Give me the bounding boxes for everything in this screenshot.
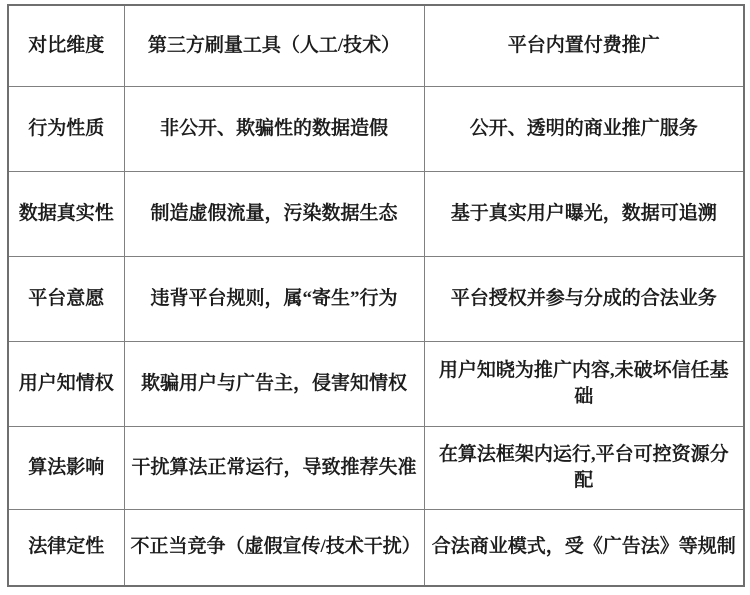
dimension-cell: 法律定性: [8, 509, 124, 586]
platform-cell: 公开、透明的商业推广服务: [424, 86, 744, 171]
third-party-cell: 制造虚假流量，污染数据生态: [124, 171, 424, 256]
third-party-cell: 干扰算法正常运行，导致推荐失准: [124, 426, 424, 509]
platform-cell: 基于真实用户曝光，数据可追溯: [424, 171, 744, 256]
dimension-cell: 算法影响: [8, 426, 124, 509]
dimension-cell: 行为性质: [8, 86, 124, 171]
table-row: 法律定性 不正当竞争（虚假宣传/技术干扰） 合法商业模式，受《广告法》等规制: [8, 509, 744, 586]
table-row: 算法影响 干扰算法正常运行，导致推荐失准 在算法框架内运行,平台可控资源分配: [8, 426, 744, 509]
platform-cell: 在算法框架内运行,平台可控资源分配: [424, 426, 744, 509]
third-party-cell: 欺骗用户与广告主，侵害知情权: [124, 341, 424, 426]
platform-cell: 平台授权并参与分成的合法业务: [424, 256, 744, 341]
header-row: 对比维度 第三方刷量工具（人工/技术） 平台内置付费推广: [8, 5, 744, 86]
dimension-cell: 平台意愿: [8, 256, 124, 341]
table-row: 行为性质 非公开、欺骗性的数据造假 公开、透明的商业推广服务: [8, 86, 744, 171]
document-page: 对比维度 第三方刷量工具（人工/技术） 平台内置付费推广 行为性质 非公开、欺骗…: [0, 0, 750, 595]
comparison-table: 对比维度 第三方刷量工具（人工/技术） 平台内置付费推广 行为性质 非公开、欺骗…: [7, 4, 745, 587]
third-party-cell: 违背平台规则，属“寄生”行为: [124, 256, 424, 341]
platform-cell: 合法商业模式，受《广告法》等规制: [424, 509, 744, 586]
table-row: 平台意愿 违背平台规则，属“寄生”行为 平台授权并参与分成的合法业务: [8, 256, 744, 341]
dimension-cell: 数据真实性: [8, 171, 124, 256]
table-row: 数据真实性 制造虚假流量，污染数据生态 基于真实用户曝光，数据可追溯: [8, 171, 744, 256]
dimension-cell: 用户知情权: [8, 341, 124, 426]
table-row: 用户知情权 欺骗用户与广告主，侵害知情权 用户知晓为推广内容,未破坏信任基础: [8, 341, 744, 426]
third-party-cell: 非公开、欺骗性的数据造假: [124, 86, 424, 171]
column-header-third-party: 第三方刷量工具（人工/技术）: [124, 5, 424, 86]
column-header-dimension: 对比维度: [8, 5, 124, 86]
third-party-cell: 不正当竞争（虚假宣传/技术干扰）: [124, 509, 424, 586]
platform-cell: 用户知晓为推广内容,未破坏信任基础: [424, 341, 744, 426]
column-header-platform: 平台内置付费推广: [424, 5, 744, 86]
